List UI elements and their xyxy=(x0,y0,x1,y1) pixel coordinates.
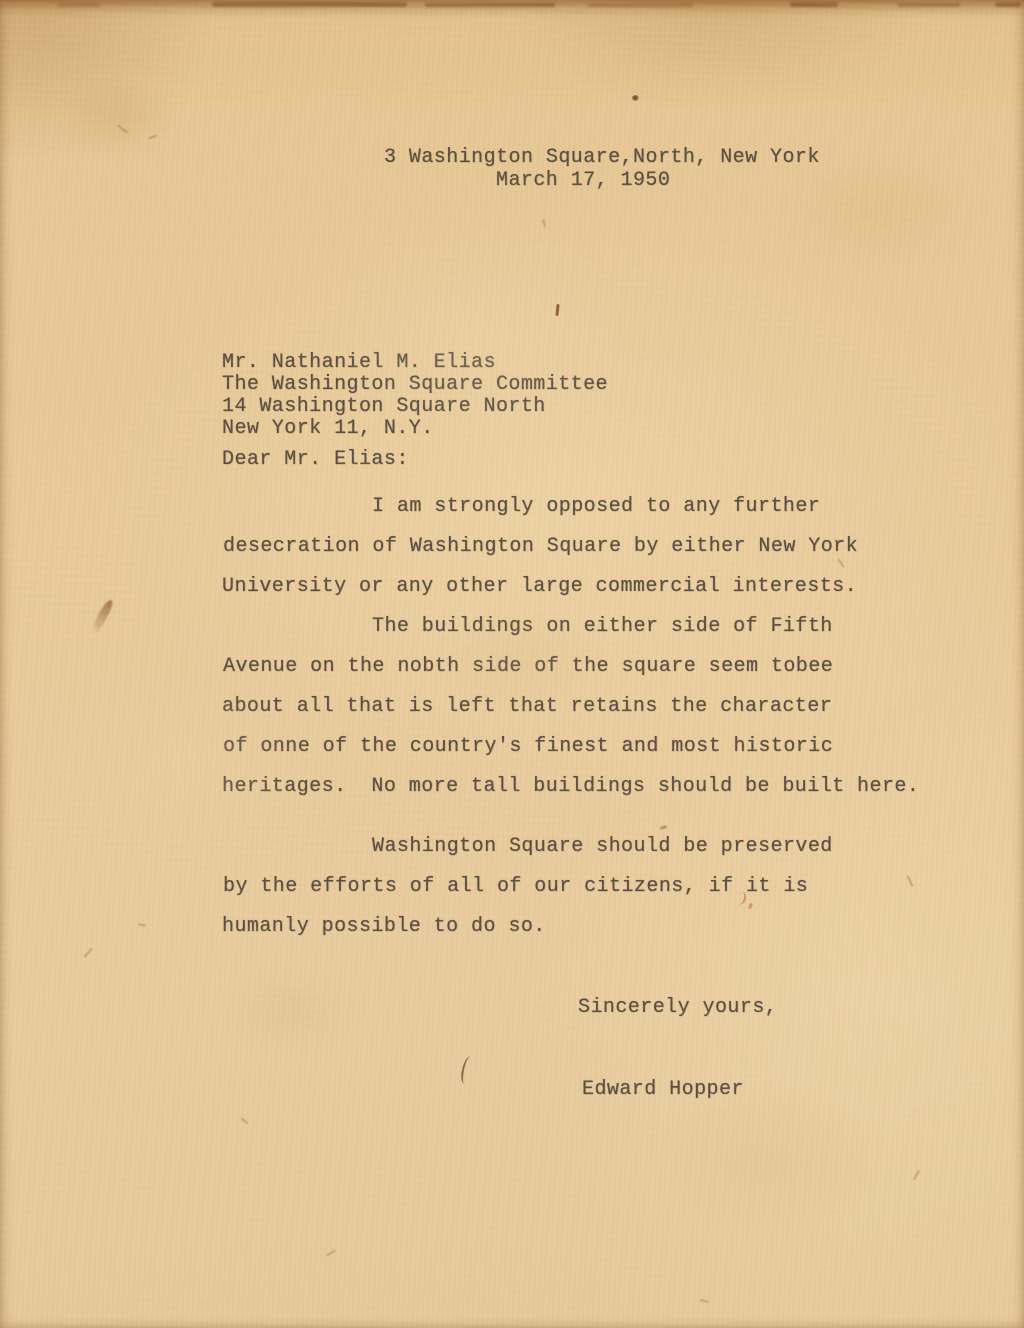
paper-edge-stain xyxy=(898,3,960,7)
sender-address-block: 3 Washington Square,North, New York Marc… xyxy=(384,146,820,192)
body-line: University or any other large commercial… xyxy=(222,567,942,607)
paper-fleck xyxy=(148,135,157,140)
letter-page: 3 Washington Square,North, New York Marc… xyxy=(0,0,1024,1328)
closing-line: Sincerely yours, xyxy=(578,996,777,1019)
paper-fleck xyxy=(700,1299,709,1303)
paper-fleck xyxy=(83,948,92,958)
signature-name: Edward Hopper xyxy=(582,1078,744,1101)
body-line: Avenue on the nobth side of the square s… xyxy=(223,647,943,687)
paper-edge-stain xyxy=(58,3,100,7)
ink-smudge-mark xyxy=(90,598,114,634)
paper-fleck xyxy=(913,1170,920,1181)
paper-edge-stain xyxy=(995,2,1021,7)
recipient-address-block: Mr. Nathaniel M. Elias The Washington Sq… xyxy=(222,352,608,440)
body-line: desecration of Washington Square by eith… xyxy=(223,527,943,567)
body-paragraph-3: Washington Square should be preserved by… xyxy=(222,827,942,947)
paper-fleck xyxy=(117,124,128,134)
body-line: I am strongly opposed to any further xyxy=(222,487,942,527)
body-line: by the efforts of all of our citizens, i… xyxy=(223,867,943,907)
paper-fleck xyxy=(138,923,146,926)
body-paragraph-1: I am strongly opposed to any further des… xyxy=(222,487,942,607)
body-line: humanly possible to do so. xyxy=(222,907,942,947)
body-paragraph-2: The buildings on either side of Fifth Av… xyxy=(222,607,942,807)
paper-fleck xyxy=(240,1117,248,1125)
brown-dot-stain xyxy=(632,95,639,101)
paper-edge-stain xyxy=(588,3,693,7)
paper-fleck xyxy=(326,1250,336,1257)
paper-fleck xyxy=(542,219,546,227)
body-line: about all that is left that retains the … xyxy=(222,687,942,727)
closing: Sincerely yours, xyxy=(578,996,777,1019)
paper-edge-stain xyxy=(212,2,407,7)
sender-address-line: 3 Washington Square,North, New York xyxy=(384,146,820,169)
date-line: March 17, 1950 xyxy=(496,169,820,192)
recipient-street-line: 14 Washington Square North xyxy=(222,396,608,418)
salutation: Dear Mr. Elias: xyxy=(222,448,409,471)
signature: Edward Hopper xyxy=(582,1078,744,1101)
pen-stroke-mark xyxy=(460,1055,475,1084)
recipient-org-line: The Washington Square Committee xyxy=(222,374,608,396)
body-line: The buildings on either side of Fifth xyxy=(222,607,942,647)
body-line: Washington Square should be preserved xyxy=(222,827,942,867)
salutation-line: Dear Mr. Elias: xyxy=(222,448,409,471)
paper-edge-stain xyxy=(425,3,555,7)
recipient-name-line: Mr. Nathaniel M. Elias xyxy=(222,352,608,374)
paper-edge-stain xyxy=(790,2,838,7)
red-tick-mark xyxy=(555,304,559,316)
body-line: of onne of the country's finest and most… xyxy=(223,727,943,767)
body-line: heritages. No more tall buildings should… xyxy=(222,767,942,807)
recipient-city-line: New York 11, N.Y. xyxy=(222,418,608,440)
